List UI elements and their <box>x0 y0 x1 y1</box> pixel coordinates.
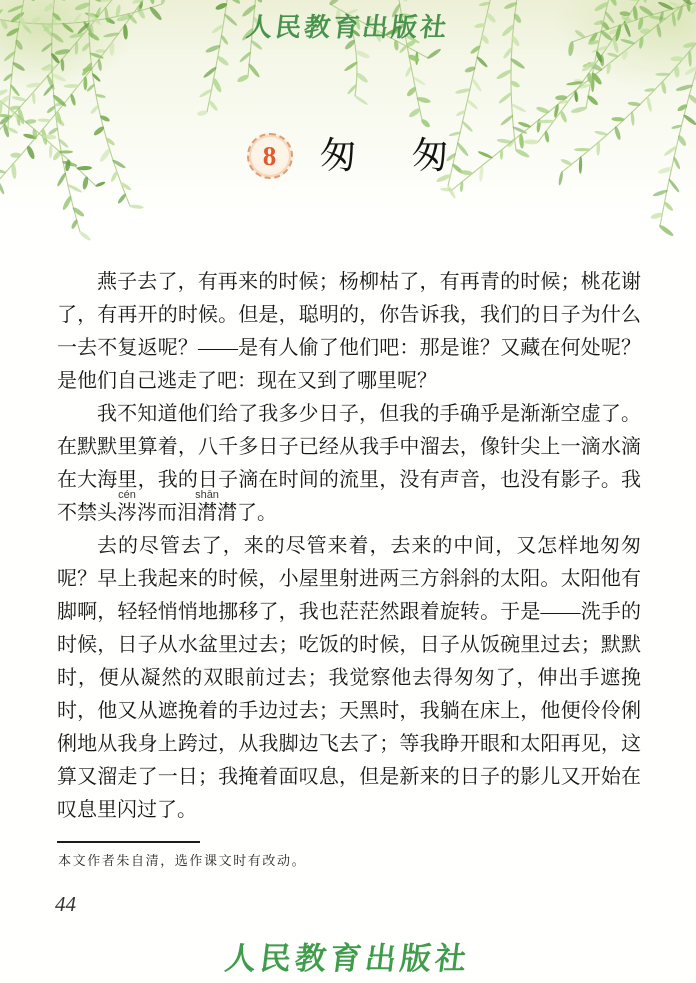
publisher-logo-bottom: 人民教育出版社 <box>0 933 696 978</box>
textbook-page: 人民教育出版社 8 匆 匆 燕子去了，有再来的时候；杨柳枯了，有再青的时候；桃花… <box>0 0 696 983</box>
paragraph-3: 去的尽管去了，来的尽管来着，去来的中间，又怎样地匆匆呢？早上我起来的时候，小屋里… <box>57 530 641 827</box>
lesson-title-row: 8 匆 匆 <box>0 133 696 179</box>
publisher-logo-top: 人民教育出版社 <box>0 7 696 44</box>
lesson-title: 匆 匆 <box>320 138 458 175</box>
page-number: 44 <box>55 892 76 917</box>
article-body: 燕子去了，有再来的时候；杨柳枯了，有再青的时候；桃花谢了，有再开的时候。但是，聪… <box>57 266 641 827</box>
pinyin-annotation: cén <box>118 490 136 501</box>
lesson-number: 8 <box>263 143 277 170</box>
ruby-character: 潸shān <box>197 502 217 524</box>
willow-decoration: 人民教育出版社 <box>0 0 696 262</box>
footnote-text: 本文作者朱自清，选作课文时有改动。 <box>58 850 306 869</box>
paragraph-2: 我不知道他们给了我多少日子，但我的手确乎是渐渐空虚了。在默默里算着，八千多日子已… <box>57 398 641 530</box>
pinyin-annotation: shān <box>195 490 219 501</box>
ruby-character: 涔cén <box>117 502 137 524</box>
paragraph-1: 燕子去了，有再来的时候；杨柳枯了，有再青的时候；桃花谢了，有再开的时候。但是，聪… <box>57 266 641 398</box>
footnote-divider <box>57 841 200 843</box>
lesson-number-badge: 8 <box>247 133 293 179</box>
